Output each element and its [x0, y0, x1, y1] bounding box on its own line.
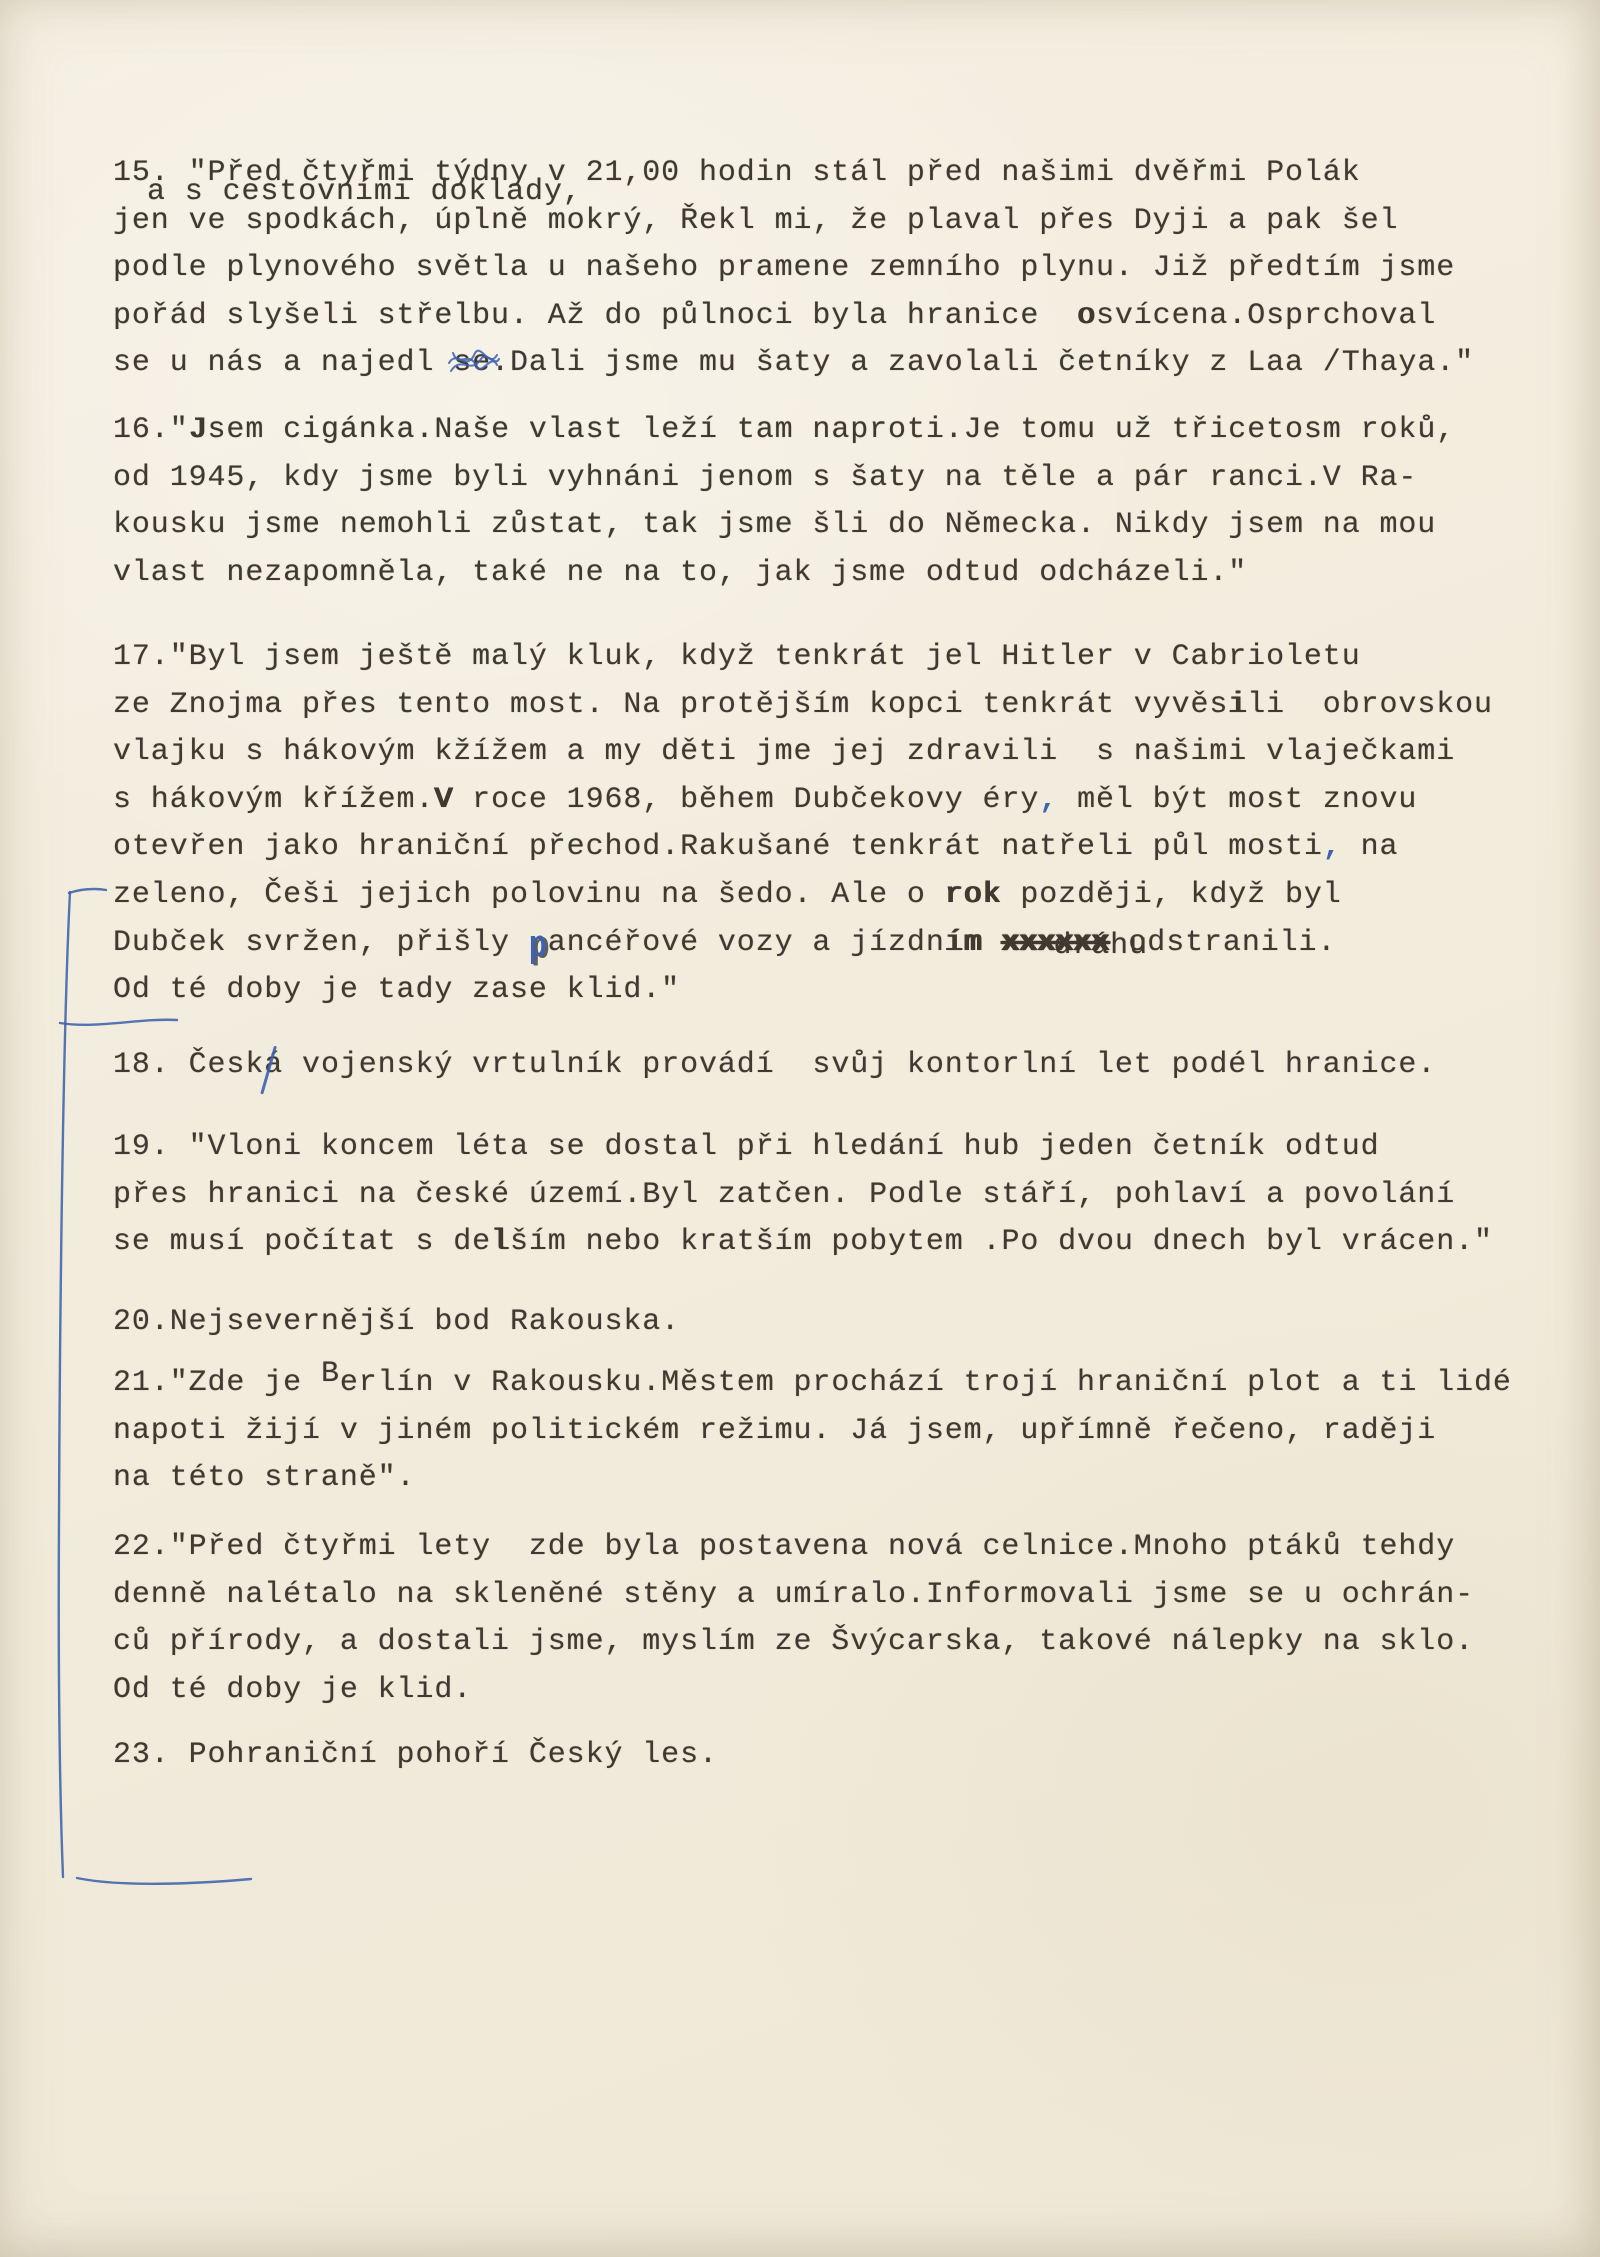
- text-line: 19. "Vloni koncem léta se dostal při hle…: [113, 1124, 1493, 1172]
- text-segment: na této straně".: [113, 1461, 415, 1495]
- text-line: Od té doby je tady zase klid.": [113, 967, 1493, 1015]
- text-line: 17."Byl jsem ještě malý kluk, když tenkr…: [113, 634, 1493, 682]
- segment-over: rok: [945, 878, 1002, 912]
- text-line: otevřen jako hraniční přechod.Rakušané t…: [113, 824, 1493, 872]
- text-line: se u nás a najedl se.Dali jsme mu šaty a…: [113, 340, 1474, 388]
- paragraph-18: 18. Česká vojenský vrtulník provádí svůj…: [113, 1042, 1436, 1090]
- text-line: denně nalétalo na skleněné stěny a umíra…: [113, 1572, 1474, 1620]
- text-segment: později, když byl: [1001, 878, 1341, 912]
- pen-margin-top-hook: [69, 889, 106, 893]
- text-line: se musí počítat s delším nebo kratším po…: [113, 1219, 1493, 1267]
- text-line: zeleno, Češi jejich polovinu na šedo. Al…: [113, 872, 1493, 920]
- text-segment: vojenský vrtulník provádí svůj kontorlní…: [283, 1048, 1436, 1082]
- text-segment: vlajku s hákovým kžížem a my děti jme je…: [113, 735, 1455, 769]
- text-line: Dubček svržen, přišly pancéřové vozy a j…: [113, 920, 1493, 968]
- text-line: kousku jsme nemohli zůstat, tak jsme šli…: [113, 502, 1455, 550]
- pen-bottom-stroke: [77, 1878, 251, 1884]
- text-segment: ším nebo kratším pobytem .Po dvou dnech …: [510, 1225, 1493, 1259]
- text-segment: podle plynového světla u našeho pramene …: [113, 251, 1455, 285]
- text-segment: 16.": [113, 413, 189, 447]
- text-segment: s hákovým křížem.: [113, 783, 434, 817]
- text-segment: na: [1342, 830, 1399, 864]
- text-line: Od té doby je klid.: [113, 1667, 1474, 1715]
- text-line: ců přírody, a dostali jsme, myslím ze Šv…: [113, 1619, 1474, 1667]
- paragraph-19: 19. "Vloni koncem léta se dostal při hle…: [113, 1124, 1493, 1267]
- text-segment: jen ve spodkách, úplně mokrý, Řekl mi, ž…: [113, 204, 1398, 238]
- text-line: od 1945, kdy jsme byli vyhnáni jenom s š…: [113, 455, 1455, 503]
- text-line: 23. Pohraniční pohoří Český les.: [113, 1732, 718, 1780]
- text-segment: se u nás a najedl: [113, 346, 453, 380]
- paragraph-22: 22."Před čtyřmi lety zde byla postavena …: [113, 1524, 1474, 1714]
- text-segment: se musí počítat s de: [113, 1225, 491, 1259]
- text-segment: sem cigánka.Naše vlast leží tam naproti.…: [208, 413, 1456, 447]
- segment-over: l: [491, 1225, 510, 1259]
- segment-over: o: [1077, 299, 1096, 333]
- paragraph-23: 23. Pohraniční pohoří Český les.: [113, 1732, 718, 1780]
- text-segment: li obrovskou: [1247, 688, 1493, 722]
- text-line: vlajku s hákovým kžížem a my děti jme je…: [113, 729, 1493, 777]
- paragraph-21: 21."Zde je Berlín v Rakousku.Městem proc…: [113, 1360, 1512, 1503]
- text-segment: vlast nezapomněla, také ne na to, jak js…: [113, 556, 1247, 590]
- document-page: 15. "Před čtyřmi týdny v 21,00 hodin stá…: [0, 0, 1600, 2257]
- text-segment: roce 1968, během Dubčekovy éry: [453, 783, 1039, 817]
- text-segment: otevřen jako hraniční přechod.Rakušané t…: [113, 830, 1323, 864]
- text-line: ze Znojma přes tento most. Na protějším …: [113, 682, 1493, 730]
- segment-over: V: [434, 783, 453, 817]
- paragraph-17: 17."Byl jsem ještě malý kluk, když tenkr…: [113, 634, 1493, 1015]
- text-line: 18. Česká vojenský vrtulník provádí svůj…: [113, 1042, 1436, 1090]
- text-segment: pořád slyšeli střelbu. Až do půlnoci byl…: [113, 299, 1077, 333]
- text-line: přes hranici na české území.Byl zatčen. …: [113, 1172, 1493, 1220]
- text-segment: 19. "Vloni koncem léta se dostal při hle…: [113, 1130, 1380, 1164]
- text-line: vlast nezapomněla, také ne na to, jak js…: [113, 550, 1455, 598]
- text-segment: kousku jsme nemohli zůstat, tak jsme šli…: [113, 508, 1436, 542]
- segment-raised: B: [321, 1357, 340, 1391]
- text-segment: 21."Zde je: [113, 1366, 321, 1400]
- text-line: pořád slyšeli střelbu. Až do půlnoci byl…: [113, 293, 1474, 341]
- text-segment: svícena.Osprchoval: [1096, 299, 1436, 333]
- segment-pen: ,: [1323, 830, 1342, 864]
- text-segment: 23. Pohraniční pohoří Český les.: [113, 1738, 718, 1772]
- text-segment: měl být most znovu: [1058, 783, 1417, 817]
- text-segment: 17."Byl jsem ještě malý kluk, když tenkr…: [113, 640, 1361, 674]
- text-segment: [983, 926, 1002, 960]
- text-line: na této straně".: [113, 1455, 1512, 1503]
- text-segment: denně nalétalo na skleněné stěny a umíra…: [113, 1578, 1474, 1612]
- text-line: napoti žijí v jiném politickém režimu. J…: [113, 1408, 1512, 1456]
- text-segment: 20.Nejsevernější bod Rakouska.: [113, 1305, 680, 1339]
- text-segment: Od té doby je tady zase klid.": [113, 973, 680, 1007]
- text-line: podle plynového světla u našeho pramene …: [113, 245, 1474, 293]
- text-segment: ze Znojma přes tento most. Na protějším …: [113, 688, 1228, 722]
- text-line: 20.Nejsevernější bod Rakouska.: [113, 1299, 680, 1347]
- text-segment: ancéřové vozy a jízdn: [548, 926, 945, 960]
- segment-scribble: se: [453, 340, 491, 388]
- segment-over: ím: [945, 926, 983, 960]
- segment-over: i: [1228, 688, 1247, 722]
- text-segment: erlín v Rakousku.Městem prochází trojí h…: [340, 1366, 1512, 1400]
- segment-pen: ,: [1039, 783, 1058, 817]
- text-segment: napoti žijí v jiném politickém režimu. J…: [113, 1414, 1436, 1448]
- segment-slashed: á: [264, 1048, 283, 1082]
- text-line: jen ve spodkách, úplně mokrý, Řekl mi, ž…: [113, 198, 1474, 246]
- text-segment: .Dali jsme mu šaty a zavolali četníky z …: [491, 346, 1474, 380]
- paragraph-16: 16."Jsem cigánka.Naše vlast leží tam nap…: [113, 407, 1455, 597]
- text-line: 16."Jsem cigánka.Naše vlast leží tam nap…: [113, 407, 1455, 455]
- text-segment: přes hranici na české území.Byl zatčen. …: [113, 1178, 1455, 1212]
- text-segment: Dubček svržen, přišly: [113, 926, 529, 960]
- text-segment: 18. Česk: [113, 1048, 264, 1082]
- text-segment: ců přírody, a dostali jsme, myslím ze Šv…: [113, 1625, 1474, 1659]
- paragraph-20: 20.Nejsevernější bod Rakouska.: [113, 1299, 680, 1347]
- pen-underline-stroke: [60, 1020, 177, 1025]
- pen-margin-vertical-line: [59, 892, 70, 1877]
- text-line: 21."Zde je Berlín v Rakousku.Městem proc…: [113, 1360, 1512, 1408]
- text-segment: 22."Před čtyřmi lety zde byla postavena …: [113, 1530, 1455, 1564]
- segment-over: J: [189, 413, 208, 447]
- text-line: 15. "Před čtyřmi týdny v 21,00 hodin stá…: [113, 150, 1474, 198]
- text-line: 22."Před čtyřmi lety zde byla postavena …: [113, 1524, 1474, 1572]
- text-line: s hákovým křížem.V roce 1968, během Dubč…: [113, 777, 1493, 825]
- text-segment: Od té doby je klid.: [113, 1673, 472, 1707]
- paragraph-15: 15. "Před čtyřmi týdny v 21,00 hodin stá…: [113, 150, 1474, 388]
- text-segment: zeleno, Češi jejich polovinu na šedo. Al…: [113, 878, 945, 912]
- text-segment: od 1945, kdy jsme byli vyhnáni jenom s š…: [113, 461, 1417, 495]
